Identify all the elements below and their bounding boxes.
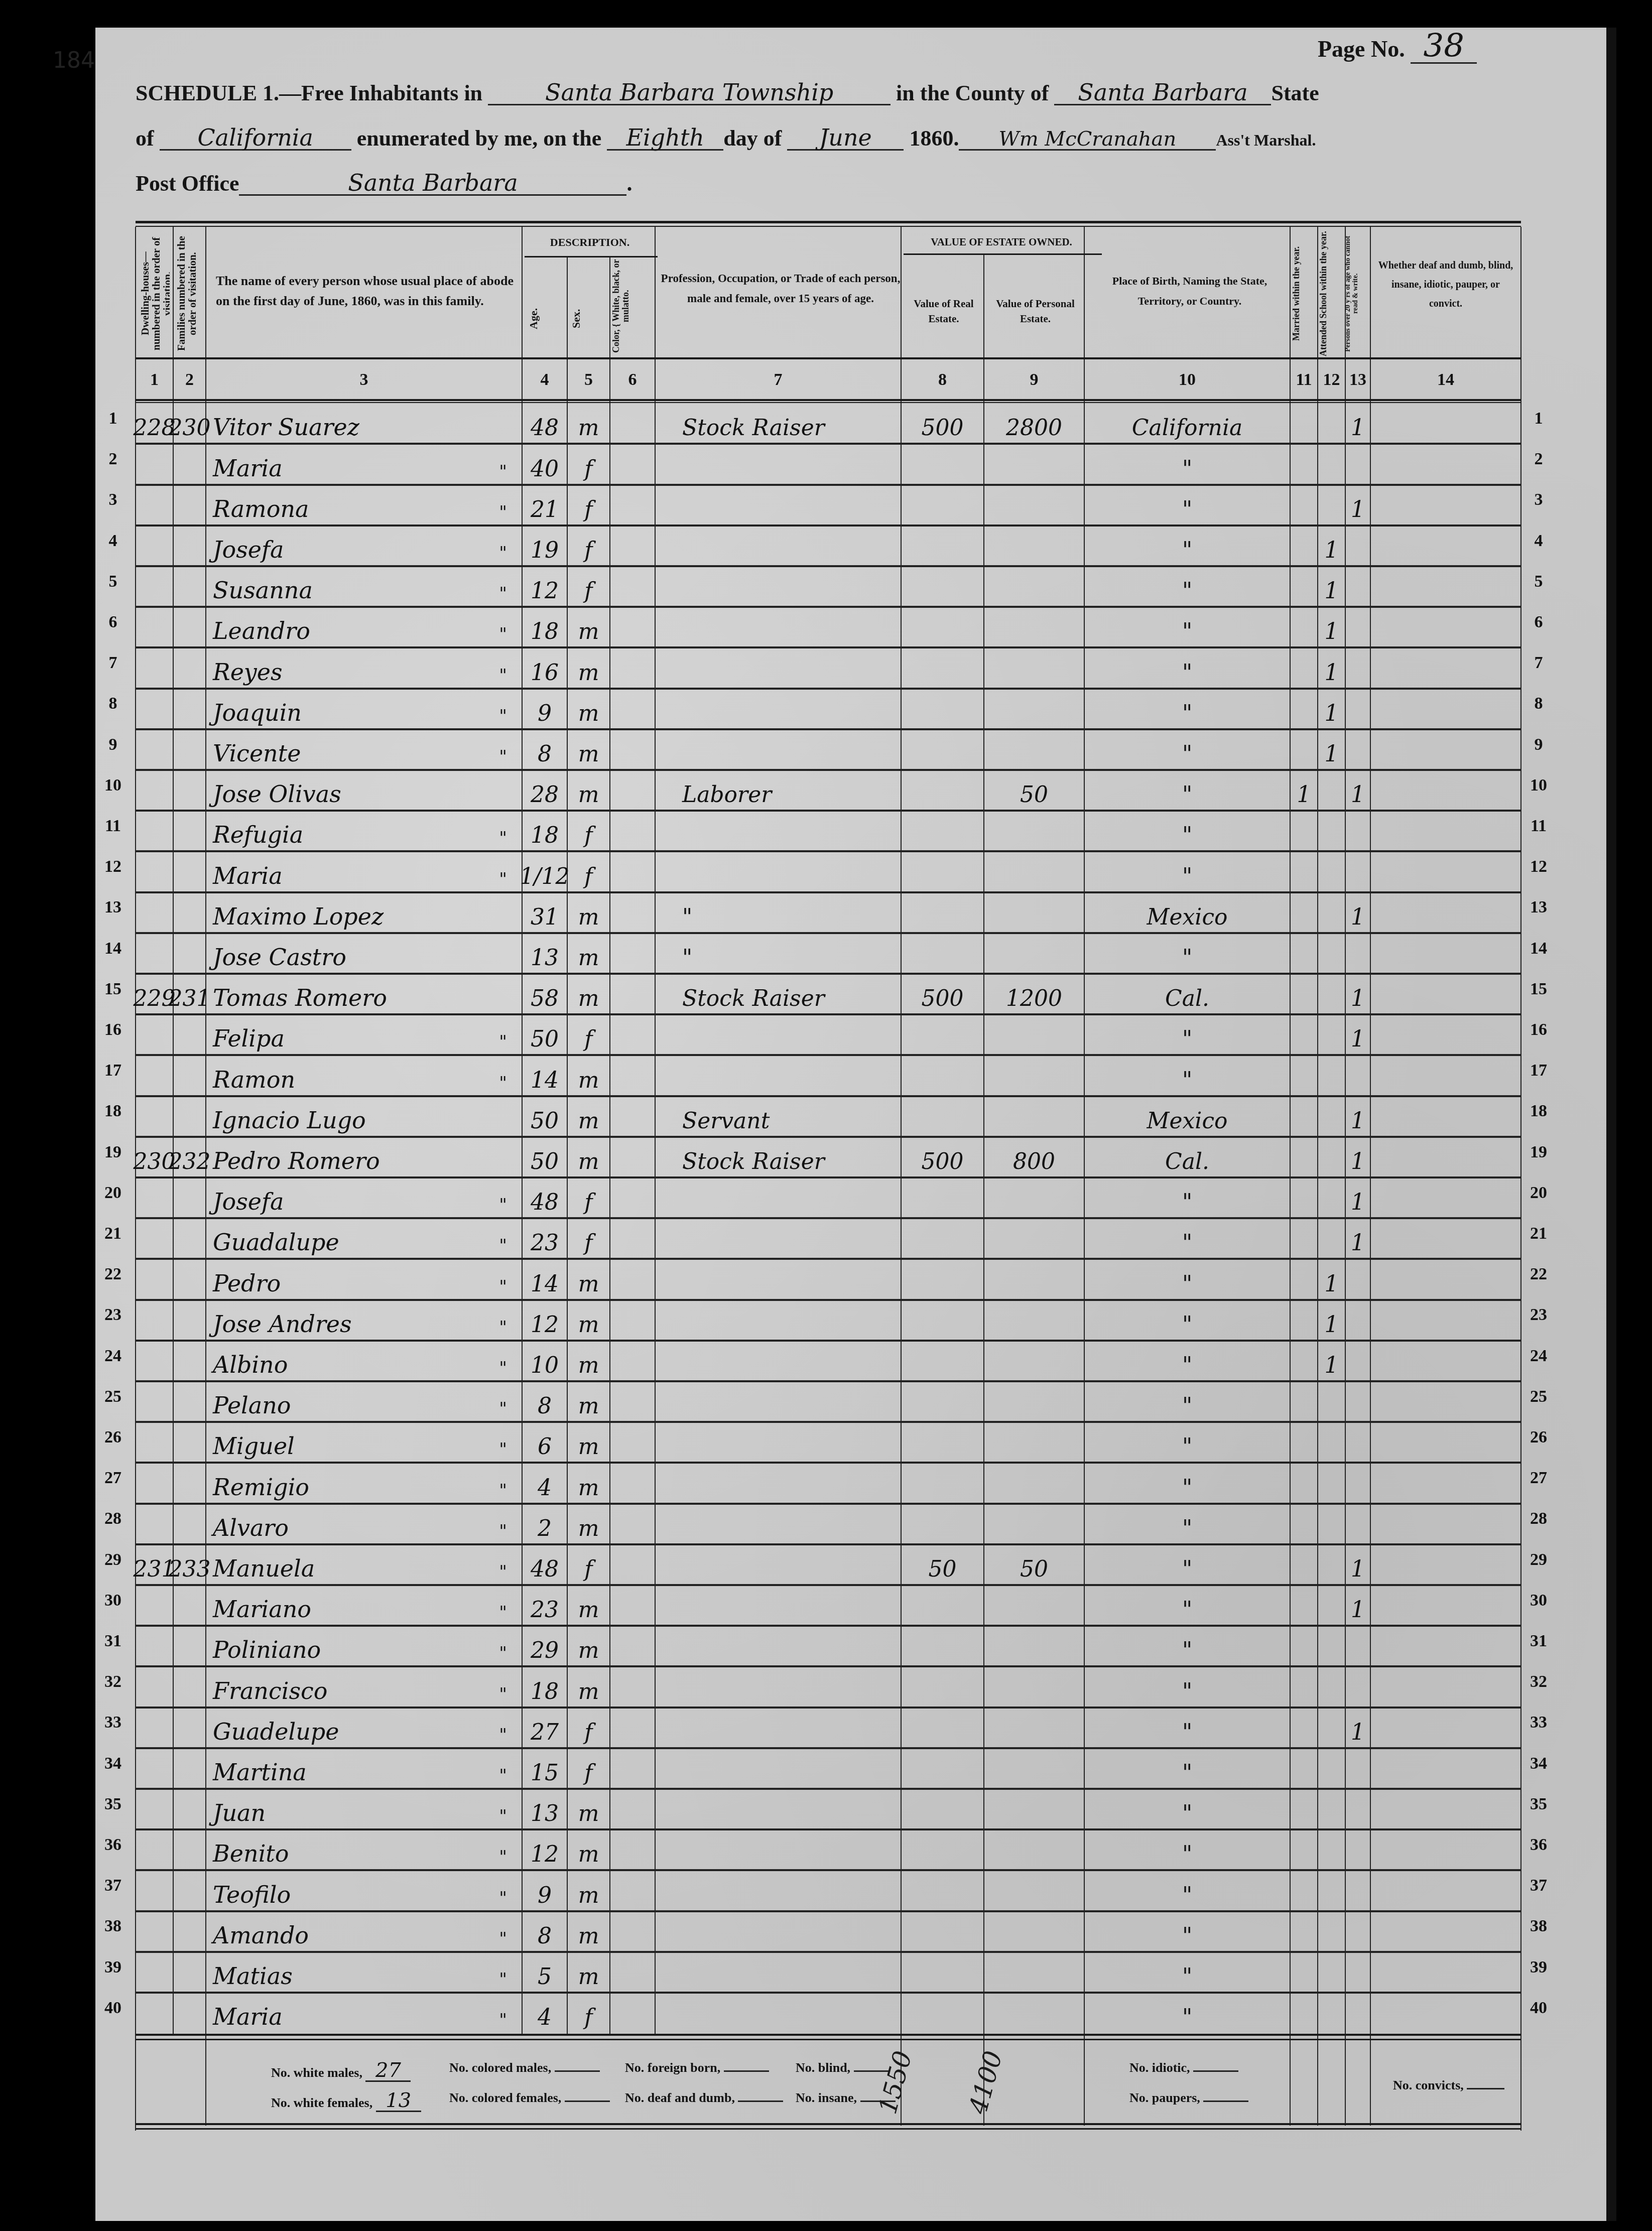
cell-name: Benito": [206, 1830, 522, 1871]
sex-value: m: [578, 660, 599, 686]
cell-name: Ramona": [206, 485, 522, 526]
cell-occupation: [655, 1300, 901, 1341]
cell-personal-estate: [984, 1790, 1084, 1830]
cell-name: Vicente": [206, 730, 522, 771]
family-value: 230: [169, 415, 211, 441]
sex-value: f: [584, 1556, 592, 1582]
cell-color: [610, 1138, 655, 1178]
cell-dwelling: [136, 1056, 173, 1097]
cell-personal-estate: [984, 1342, 1084, 1382]
ditto-mark: ": [499, 1073, 507, 1093]
cell-illiterate: [1345, 1830, 1370, 1871]
age-value: 2: [538, 1516, 552, 1541]
age-value: 8: [538, 1393, 552, 1419]
table-row: Albino"10m"12424: [136, 1342, 1521, 1382]
cell-personal-estate: [984, 1178, 1084, 1219]
cell-dwelling: [136, 1586, 173, 1627]
cell-birthplace: ": [1084, 567, 1290, 608]
cell-color: [610, 893, 655, 934]
cell-dwelling: [136, 1953, 173, 1994]
ditto-mark: ": [499, 1847, 507, 1867]
cell-sex: m: [567, 1871, 610, 1912]
line-number-right: 18: [1523, 1102, 1554, 1121]
cell-sex: m: [567, 404, 610, 445]
age-value: 50: [531, 1108, 559, 1134]
birthplace-value: ": [1182, 1556, 1192, 1582]
cell-sex: m: [567, 648, 610, 689]
cell-married: [1290, 527, 1318, 567]
cell-real-estate: [901, 1260, 984, 1300]
cell-family: [173, 1097, 206, 1137]
cell-illiterate: [1345, 689, 1370, 730]
cell-name: Manuela": [206, 1545, 522, 1586]
month-field: June: [787, 126, 904, 151]
cell-color: [610, 1830, 655, 1871]
cell-real-estate: [901, 893, 984, 934]
cell-color: [610, 1015, 655, 1056]
name-value: Leandro: [213, 617, 310, 644]
name-value: Tomas Romero: [213, 984, 387, 1011]
birthplace-value: ": [1182, 456, 1192, 482]
cell-birthplace: ": [1084, 1423, 1290, 1464]
cell-name: Maria": [206, 1994, 522, 2034]
cell-school: 1: [1318, 648, 1345, 689]
line-number-left: 19: [98, 1143, 128, 1162]
cell-real-estate: [901, 1667, 984, 1708]
cell-dwelling: [136, 1097, 173, 1137]
cell-name: Josefa": [206, 1178, 522, 1219]
cell-name: Ramon": [206, 1056, 522, 1097]
cell-married: [1290, 404, 1318, 445]
age-value: 13: [531, 945, 559, 971]
sex-value: m: [578, 1516, 599, 1541]
cell-illiterate: [1345, 445, 1370, 485]
name-value: Pedro: [213, 1270, 281, 1297]
cell-family: [173, 689, 206, 730]
cell-married: [1290, 1097, 1318, 1137]
header-sex: Sex.: [570, 281, 610, 356]
cell-illiterate: [1345, 648, 1370, 689]
name-value: Manuela: [213, 1555, 315, 1582]
header-color: Color, { White, black, or mulatto.: [611, 256, 654, 356]
name-value: Guadalupe: [213, 1229, 339, 1256]
table-row: Benito"12m"3636: [136, 1830, 1521, 1871]
cell-married: [1290, 608, 1318, 648]
footer-divider: [1317, 2035, 1318, 2126]
cell-school: [1318, 404, 1345, 445]
sex-value: m: [578, 1108, 599, 1134]
table-row: Jose Andres"12m"12323: [136, 1300, 1521, 1341]
cell-disability: [1370, 1504, 1521, 1545]
table-row: Juan"13m"3535: [136, 1790, 1521, 1830]
column-number-rule-thin: [136, 402, 1521, 403]
table-row: Amando"8m"3838: [136, 1912, 1521, 1952]
cell-dwelling: [136, 771, 173, 812]
birthplace-value: ": [1182, 619, 1192, 644]
cell-married: [1290, 1015, 1318, 1056]
sex-value: m: [578, 1842, 599, 1867]
cell-illiterate: [1345, 527, 1370, 567]
age-value: 21: [531, 497, 559, 522]
cell-illiterate: [1345, 1300, 1370, 1341]
cell-real-estate: [901, 1627, 984, 1667]
age-value: 12: [531, 578, 559, 604]
cell-birthplace: ": [1084, 1464, 1290, 1504]
cell-illiterate: 1: [1345, 975, 1370, 1015]
header-description: DESCRIPTION.: [525, 236, 655, 249]
cell-illiterate: [1345, 1871, 1370, 1912]
cell-real-estate: [901, 1994, 984, 2034]
cell-occupation: ": [655, 934, 901, 975]
footer-convicts: No. convicts,: [1393, 2078, 1504, 2093]
birthplace-value: Mexico: [1147, 1108, 1227, 1134]
cell-illiterate: 1: [1345, 1545, 1370, 1586]
cell-school: [1318, 1464, 1345, 1504]
birthplace-value: California: [1132, 415, 1243, 441]
cell-color: [610, 1953, 655, 1994]
age-value: 12: [531, 1312, 559, 1338]
sex-value: m: [578, 415, 599, 441]
cell-name: Guadelupe": [206, 1708, 522, 1749]
illiterate-value: 1: [1351, 1556, 1365, 1582]
table-row: Pelano"8m"2525: [136, 1382, 1521, 1423]
cell-color: [610, 1178, 655, 1219]
cell-sex: m: [567, 1953, 610, 1994]
cell-color: [610, 648, 655, 689]
cell-personal-estate: [984, 1423, 1084, 1464]
line-number-right: 2: [1523, 450, 1554, 469]
cell-school: 1: [1318, 567, 1345, 608]
cell-disability: [1370, 1627, 1521, 1667]
cell-age: 50: [522, 1097, 567, 1137]
column-number: 2: [173, 362, 206, 398]
cell-birthplace: ": [1084, 1994, 1290, 2034]
footer-paupers: No. paupers,: [1129, 2090, 1248, 2106]
cell-sex: f: [567, 1178, 610, 1219]
cell-real-estate: [901, 1056, 984, 1097]
cell-color: [610, 1464, 655, 1504]
cell-occupation: [655, 648, 901, 689]
cell-dwelling: [136, 852, 173, 893]
cell-birthplace: ": [1084, 485, 1290, 526]
table-row: Felipa"50f"11616: [136, 1015, 1521, 1056]
cell-dwelling: [136, 812, 173, 852]
cell-real-estate: [901, 608, 984, 648]
name-value: Jose Olivas: [213, 780, 341, 808]
cell-occupation: Servant: [655, 1097, 901, 1137]
cell-age: 19: [522, 527, 567, 567]
cell-color: [610, 1790, 655, 1830]
line-number-right: 8: [1523, 694, 1554, 713]
table-row: Jose Olivas28mLaborer50"111010: [136, 771, 1521, 812]
cell-illiterate: [1345, 1056, 1370, 1097]
cell-sex: m: [567, 975, 610, 1015]
illiterate-value: 1: [1351, 1190, 1365, 1215]
cell-dwelling: [136, 1015, 173, 1056]
line-number-left: 24: [98, 1347, 128, 1366]
cell-dwelling: [136, 527, 173, 567]
column-number: 13: [1345, 362, 1370, 398]
cell-age: 40: [522, 445, 567, 485]
footer-white-males: No. white males, 27: [271, 2060, 411, 2082]
cell-family: [173, 1300, 206, 1341]
cell-birthplace: ": [1084, 1871, 1290, 1912]
cell-occupation: [655, 485, 901, 526]
line-number-left: 32: [98, 1672, 128, 1691]
line-number-left: 6: [98, 613, 128, 632]
cell-color: [610, 1586, 655, 1627]
school-value: 1: [1325, 741, 1339, 767]
header-illiterate: Persons over 20 y'rs of age who cannot r…: [1344, 231, 1368, 356]
cell-occupation: [655, 1178, 901, 1219]
cell-married: [1290, 934, 1318, 975]
cell-family: [173, 1464, 206, 1504]
line-number-right: 35: [1523, 1795, 1554, 1814]
cell-dwelling: [136, 485, 173, 526]
cell-sex: f: [567, 1749, 610, 1790]
age-value: 48: [531, 415, 559, 441]
cell-real-estate: [901, 1830, 984, 1871]
cell-personal-estate: [984, 1708, 1084, 1749]
birthplace-value: ": [1182, 741, 1192, 767]
cell-age: 4: [522, 1994, 567, 2034]
ditto-mark: ": [499, 1399, 507, 1419]
cell-occupation: [655, 1830, 901, 1871]
name-value: Guadelupe: [213, 1718, 339, 1745]
sex-value: m: [578, 1597, 599, 1623]
line-number-right: 16: [1523, 1020, 1554, 1039]
cell-illiterate: [1345, 1382, 1370, 1423]
cell-illiterate: [1345, 1342, 1370, 1382]
cell-dwelling: [136, 1260, 173, 1300]
cell-married: [1290, 1464, 1318, 1504]
cell-illiterate: [1345, 1912, 1370, 1952]
cell-married: [1290, 567, 1318, 608]
birthplace-value: Cal.: [1165, 1149, 1209, 1174]
cell-color: [610, 1667, 655, 1708]
cell-school: [1318, 485, 1345, 526]
header-married: Married within the year.: [1291, 231, 1316, 356]
line-number-right: 36: [1523, 1835, 1554, 1855]
cell-dwelling: [136, 1504, 173, 1545]
cell-school: [1318, 1545, 1345, 1586]
cell-sex: m: [567, 1097, 610, 1137]
enumeration-line: of California enumerated by me, on the E…: [136, 125, 1316, 151]
table-row: Maria"40f"22: [136, 445, 1521, 485]
birthplace-value: ": [1182, 1190, 1192, 1215]
cell-birthplace: ": [1084, 1830, 1290, 1871]
cell-married: [1290, 1138, 1318, 1178]
cell-disability: [1370, 1790, 1521, 1830]
cell-real-estate: [901, 1178, 984, 1219]
birthplace-value: ": [1182, 945, 1192, 971]
cell-personal-estate: [984, 648, 1084, 689]
cell-married: [1290, 648, 1318, 689]
name-value: Mariano: [213, 1596, 311, 1623]
line-number-right: 7: [1523, 653, 1554, 673]
table-row: Maria"1/12f"1212: [136, 852, 1521, 893]
cell-real-estate: [901, 1219, 984, 1260]
post-office-line: Post OfficeSanta Barbara.: [136, 171, 632, 196]
cell-color: [610, 608, 655, 648]
cell-personal-estate: [984, 527, 1084, 567]
birthplace-value: ": [1182, 1760, 1192, 1786]
state-field: California: [160, 126, 351, 151]
cell-real-estate: [901, 1912, 984, 1952]
cell-illiterate: [1345, 1504, 1370, 1545]
sex-value: m: [578, 945, 599, 971]
line-number-right: 9: [1523, 735, 1554, 754]
cell-family: 233: [173, 1545, 206, 1586]
ditto-mark: ": [499, 1603, 507, 1623]
cell-personal-estate: [984, 934, 1084, 975]
cell-real-estate: [901, 1790, 984, 1830]
header-school: Attended School within the year.: [1318, 231, 1343, 356]
column-number: 1: [136, 362, 173, 398]
cell-personal-estate: [984, 1056, 1084, 1097]
cell-age: 12: [522, 1830, 567, 1871]
cell-real-estate: [901, 812, 984, 852]
cell-age: 14: [522, 1056, 567, 1097]
table-row: Reyes"16m"177: [136, 648, 1521, 689]
occupation-value: Stock Raiser: [662, 1149, 825, 1174]
sex-value: m: [578, 904, 599, 930]
cell-name: Maximo Lopez: [206, 893, 522, 934]
line-number-right: 14: [1523, 939, 1554, 958]
cell-sex: m: [567, 1464, 610, 1504]
age-value: 15: [531, 1760, 559, 1786]
school-value: 1: [1325, 578, 1339, 604]
line-number-left: 5: [98, 572, 128, 591]
cell-name: Teofilo": [206, 1871, 522, 1912]
footer-blind: No. blind,: [796, 2060, 889, 2075]
cell-family: [173, 1953, 206, 1994]
column-number: 3: [206, 362, 522, 398]
page-number-label: Page No. 38: [1318, 30, 1477, 64]
sex-value: f: [584, 2005, 592, 2030]
line-number-right: 33: [1523, 1713, 1554, 1732]
cell-real-estate: 50: [901, 1545, 984, 1586]
cell-color: [610, 485, 655, 526]
cell-age: 14: [522, 1260, 567, 1300]
line-number-left: 36: [98, 1835, 128, 1855]
cell-birthplace: ": [1084, 1260, 1290, 1300]
cell-real-estate: [901, 1300, 984, 1341]
cell-married: [1290, 1260, 1318, 1300]
cell-dwelling: [136, 1667, 173, 1708]
cell-disability: [1370, 1667, 1521, 1708]
ditto-mark: ": [499, 1888, 507, 1908]
cell-family: [173, 567, 206, 608]
header-estate-owned: VALUE OF ESTATE OWNED.: [904, 236, 1099, 248]
line-number-right: 24: [1523, 1347, 1554, 1366]
illiterate-value: 1: [1351, 1720, 1365, 1745]
cell-school: [1318, 445, 1345, 485]
cell-real-estate: [901, 648, 984, 689]
name-value: Martina: [213, 1759, 307, 1786]
age-value: 16: [531, 660, 559, 686]
header-dwelling: Dwelling-houses—numbered in the order of…: [140, 233, 170, 354]
personal-estate-value: 50: [1020, 1556, 1048, 1582]
cell-personal-estate: [984, 1994, 1084, 2034]
cell-name: Reyes": [206, 648, 522, 689]
cell-name: Refugia": [206, 812, 522, 852]
cell-birthplace: ": [1084, 1300, 1290, 1341]
cell-illiterate: [1345, 1627, 1370, 1667]
cell-birthplace: ": [1084, 1382, 1290, 1423]
ditto-mark: ": [499, 2010, 507, 2030]
age-value: 14: [531, 1068, 559, 1093]
cell-age: 2: [522, 1504, 567, 1545]
sex-value: m: [578, 1638, 599, 1663]
age-value: 5: [538, 1964, 552, 1990]
birthplace-value: ": [1182, 701, 1192, 726]
cell-sex: f: [567, 1708, 610, 1749]
cell-sex: m: [567, 1300, 610, 1341]
sex-value: m: [578, 1923, 599, 1949]
cell-name: Remigio": [206, 1464, 522, 1504]
name-value: Ramon: [213, 1066, 295, 1093]
age-value: 29: [531, 1638, 559, 1663]
name-value: Matias: [213, 1962, 293, 1990]
illiterate-value: 1: [1351, 1597, 1365, 1623]
cell-disability: [1370, 1015, 1521, 1056]
cell-real-estate: [901, 567, 984, 608]
line-number-left: 3: [98, 490, 128, 509]
cell-disability: [1370, 648, 1521, 689]
cell-school: [1318, 1790, 1345, 1830]
cell-illiterate: 1: [1345, 1586, 1370, 1627]
name-value: Josefa: [213, 536, 284, 563]
cell-birthplace: ": [1084, 689, 1290, 730]
cell-occupation: ": [655, 893, 901, 934]
cell-school: [1318, 1912, 1345, 1952]
personal-estate-value: 1200: [1006, 986, 1062, 1011]
line-number-left: 18: [98, 1102, 128, 1121]
cell-color: [610, 1912, 655, 1952]
cell-dwelling: [136, 1830, 173, 1871]
cell-illiterate: 1: [1345, 771, 1370, 812]
cell-family: [173, 934, 206, 975]
cell-personal-estate: [984, 730, 1084, 771]
cell-age: 4: [522, 1464, 567, 1504]
illiterate-value: 1: [1351, 782, 1365, 808]
cell-color: [610, 1627, 655, 1667]
school-value: 1: [1325, 660, 1339, 686]
column-number-rule: [136, 399, 1521, 401]
footer-foreign-born: No. foreign born,: [625, 2060, 769, 2075]
line-number-right: 23: [1523, 1305, 1554, 1325]
illiterate-value: 1: [1351, 904, 1365, 930]
cell-school: [1318, 812, 1345, 852]
cell-color: [610, 1708, 655, 1749]
footer-divider: [1290, 2035, 1291, 2126]
family-value: 231: [169, 986, 211, 1011]
sex-value: m: [578, 986, 599, 1011]
cell-married: [1290, 1790, 1318, 1830]
cell-color: [610, 1504, 655, 1545]
line-number-right: 25: [1523, 1387, 1554, 1406]
footer-bottom-rule: [136, 2123, 1521, 2125]
line-number-left: 37: [98, 1876, 128, 1895]
cell-school: [1318, 1586, 1345, 1627]
page-edge: [1606, 28, 1616, 2221]
age-value: 1/12: [520, 864, 570, 889]
column-number: 10: [1084, 362, 1290, 398]
county-field: Santa Barbara: [1054, 81, 1271, 105]
cell-school: 1: [1318, 1300, 1345, 1341]
cell-age: 8: [522, 730, 567, 771]
